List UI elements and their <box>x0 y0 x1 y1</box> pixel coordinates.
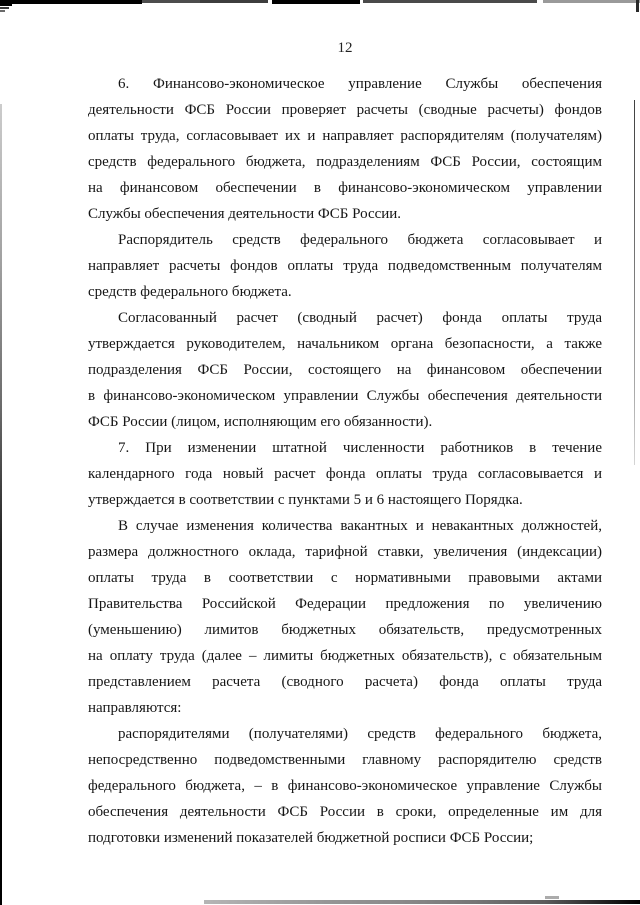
text-line: Согласованный расчет (сводный расчет) фо… <box>88 305 602 331</box>
text-line: Службы обеспечения деятельности ФСБ Росс… <box>88 201 602 227</box>
scan-edge-corner-tick <box>636 0 639 12</box>
text-line: Распорядитель средств федерального бюдже… <box>88 227 602 253</box>
text-line: 7. При изменении штатной численности раб… <box>88 435 602 461</box>
scan-edge-top-segment <box>543 0 640 3</box>
paragraph: распорядителями (получателями) средств ф… <box>88 721 602 851</box>
document-body: 6. Финансово-экономическое управление Сл… <box>88 71 602 851</box>
text-line: Правительства Российской Федерации предл… <box>88 591 602 617</box>
scan-edge-top-segment <box>200 0 268 3</box>
scan-edge-left-line <box>0 104 2 905</box>
text-line: представлением расчета (сводного расчета… <box>88 669 602 695</box>
scan-edge-top-segment <box>0 0 12 6</box>
text-line: федерального бюджета, – в финансово-экон… <box>88 773 602 799</box>
text-line: утверждается в соответствии с пунктами 5… <box>88 487 602 513</box>
text-line: непосредственно подведомственными главно… <box>88 747 602 773</box>
text-line: направляет расчеты фондов оплаты труда п… <box>88 253 602 279</box>
text-line: на оплату труда (далее – лимиты бюджетны… <box>88 643 602 669</box>
text-line: оплаты труда в соответствии с нормативны… <box>88 565 602 591</box>
document-page: 12 6. Финансово-экономическое управление… <box>0 0 640 905</box>
text-line: направляются: <box>88 695 602 721</box>
text-line: деятельности ФСБ России проверяет расчет… <box>88 97 602 123</box>
scan-edge-top-dash <box>0 7 9 9</box>
text-line: обеспечения деятельности ФСБ России в ср… <box>88 799 602 825</box>
text-line: размера должностного оклада, тарифной ст… <box>88 539 602 565</box>
scan-edge-top-segment <box>142 0 200 3</box>
text-line: ФСБ России (лицом, исполняющим его обяза… <box>88 409 602 435</box>
text-line: в финансово-экономическом управлении Слу… <box>88 383 602 409</box>
text-line: средств федерального бюджета, подразделе… <box>88 149 602 175</box>
paragraph: Согласованный расчет (сводный расчет) фо… <box>88 305 602 435</box>
text-line: календарного года новый расчет фонда опл… <box>88 461 602 487</box>
text-line: подготовки изменений показателей бюджетн… <box>88 825 602 851</box>
text-line: утверждается руководителем, начальником … <box>88 331 602 357</box>
scan-edge-bottom-strip <box>204 900 640 904</box>
paragraph: 6. Финансово-экономическое управление Сл… <box>88 71 602 227</box>
paragraph: 7. При изменении штатной численности раб… <box>88 435 602 513</box>
text-line: на финансовом обеспечении в финансово-эк… <box>88 175 602 201</box>
scan-edge-top-segment <box>12 0 142 4</box>
paragraph: Распорядитель средств федерального бюдже… <box>88 227 602 305</box>
scan-edge-top-segment <box>363 0 537 3</box>
page-number: 12 <box>88 35 602 61</box>
text-line: подразделения ФСБ России, состоящего на … <box>88 357 602 383</box>
scan-edge-top-dash <box>0 10 5 12</box>
text-line: 6. Финансово-экономическое управление Сл… <box>88 71 602 97</box>
scan-edge-top-segment <box>272 0 360 4</box>
text-line: В случае изменения количества вакантных … <box>88 513 602 539</box>
text-line: средств федерального бюджета. <box>88 279 602 305</box>
text-line: оплаты труда, согласовывает их и направл… <box>88 123 602 149</box>
text-line: распорядителями (получателями) средств ф… <box>88 721 602 747</box>
scan-edge-right-line <box>634 100 635 465</box>
paragraph: В случае изменения количества вакантных … <box>88 513 602 721</box>
scan-edge-bottom-tick <box>545 896 559 899</box>
text-line: (уменьшению) лимитов бюджетных обязатель… <box>88 617 602 643</box>
